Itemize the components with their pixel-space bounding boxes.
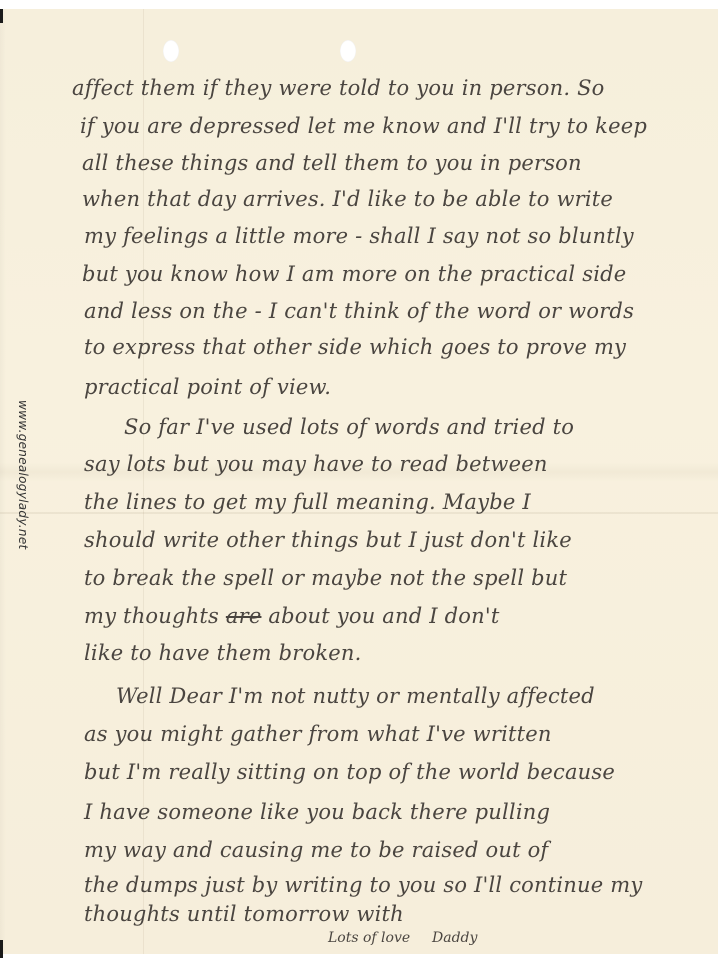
letter-line: all these things and tell them to you in… [82, 151, 582, 175]
letter-line: thoughts until tomorrow with [84, 902, 404, 926]
letter-text: about you and I don't [268, 604, 499, 628]
letter-line: my way and causing me to be raised out o… [84, 838, 548, 862]
letter-line: if you are depressed let me know and I'l… [80, 114, 647, 138]
letter-line: practical point of view. [84, 375, 331, 399]
letter-line: say lots but you may have to read betwee… [84, 452, 548, 476]
letter-line: my feelings a little more - shall I say … [84, 224, 634, 248]
struck-out-word: are [226, 604, 262, 628]
letter-line: should write other things but I just don… [84, 528, 572, 552]
letter-line: to break the spell or maybe not the spel… [84, 566, 567, 590]
scanned-letter-page: www.genealogylady.net affect them if the… [0, 0, 727, 960]
letter-line: but you know how I am more on the practi… [82, 262, 626, 286]
letter-line: to express that other side which goes to… [84, 335, 626, 359]
letter-line: as you might gather from what I've writt… [84, 722, 552, 746]
letter-line: like to have them broken. [84, 641, 362, 665]
letter-line: the lines to get my full meaning. Maybe … [84, 490, 531, 514]
letter-line: the dumps just by writing to you so I'll… [84, 873, 642, 897]
letter-body: affect them if they were told to you in … [0, 0, 727, 960]
letter-signature: Daddy [432, 930, 477, 946]
letter-line: Well Dear I'm not nutty or mentally affe… [116, 684, 595, 708]
letter-line: affect them if they were told to you in … [72, 76, 672, 100]
letter-line: my thoughts are about you and I don't [84, 604, 499, 628]
letter-line: So far I've used lots of words and tried… [124, 415, 574, 439]
letter-text: my thoughts [84, 604, 219, 628]
letter-line: but I'm really sitting on top of the wor… [84, 760, 615, 784]
letter-line: when that day arrives. I'd like to be ab… [82, 187, 613, 211]
letter-line: and less on the - I can't think of the w… [84, 299, 634, 323]
letter-line: I have someone like you back there pulli… [84, 800, 550, 824]
letter-closing: Lots of love [328, 930, 410, 946]
